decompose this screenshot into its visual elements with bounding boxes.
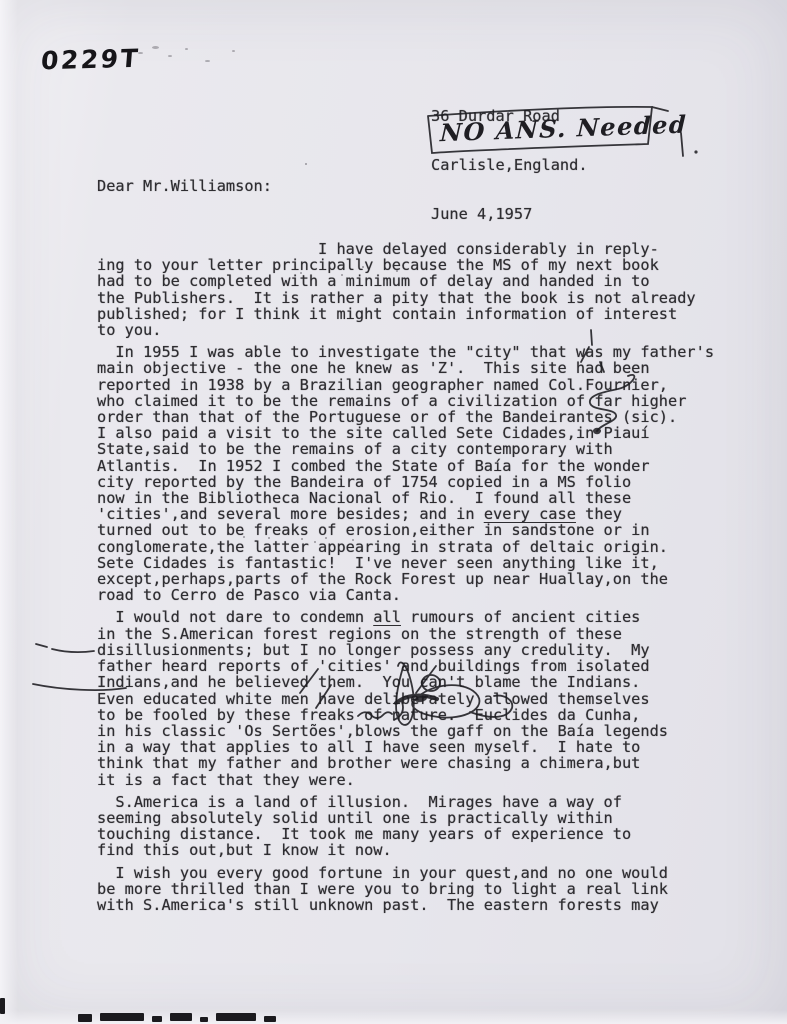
typed-line: ing to your letter principally because t… (97, 257, 714, 273)
typed-line: disillusionments; but I no longer posses… (97, 642, 714, 658)
letter-paragraphs: I have delayed considerably in reply-ing… (97, 241, 714, 913)
scan-artifact (216, 1013, 256, 1021)
scan-code-handwritten: 0229T (40, 44, 141, 76)
scan-edge-left (0, 0, 18, 1024)
typed-line: I also paid a visit to the site called S… (97, 425, 714, 441)
text-segment: rumours of ancient cities (401, 608, 640, 626)
scan-smudge (168, 55, 172, 57)
scan-speck (396, 270, 398, 272)
typed-line: published; for I think it might contain … (97, 306, 714, 322)
scan-artifact (152, 1016, 162, 1022)
typed-line: except,perhaps,parts of the Rock Forest … (97, 571, 714, 587)
scan-artifact (100, 1013, 144, 1021)
typed-line: seeming absolutely solid until one is pr… (97, 810, 714, 826)
typed-line: I would not dare to condemn all rumours … (97, 609, 714, 625)
underlined-text: all (373, 608, 401, 626)
typed-line: had to be completed with a minimum of de… (97, 273, 714, 289)
typed-line: in his classic 'Os Sertões',blows the ga… (97, 723, 714, 739)
text-segment: I would not dare to condemn (97, 608, 373, 626)
scan-smudge (152, 46, 159, 49)
scan-speck (301, 538, 303, 540)
typed-line: be more thrilled than I were you to brin… (97, 881, 714, 897)
typed-line: now in the Bibliotheca Nacional of Rio. … (97, 490, 714, 506)
scan-speck (268, 537, 270, 539)
scan-artifact (264, 1016, 276, 1022)
scan-speck (314, 541, 316, 543)
typed-line: touching distance. It took me many years… (97, 826, 714, 842)
typed-line: Even educated white men have deliberatel… (97, 691, 714, 707)
scan-speck (362, 266, 364, 268)
typed-line: to you. (97, 322, 714, 338)
typed-line: road to Cerro de Pasco via Canta. (97, 587, 714, 603)
typed-line: turned out to be freaks of erosion,eithe… (97, 522, 714, 538)
paragraph: In 1955 I was able to investigate the "c… (97, 344, 714, 603)
typed-line: 'cities',and several more besides; and i… (97, 506, 714, 522)
pen-margin-dash-1b (36, 644, 47, 647)
paragraph: I wish you every good fortune in your qu… (97, 865, 714, 914)
typed-line: conglomerate,the latter appearing in str… (97, 539, 714, 555)
scan-speck (341, 274, 343, 276)
typed-line: In 1955 I was able to investigate the "c… (97, 344, 714, 360)
scanned-letter-page: 0229T 36 Durdar Road Carlisle,England. J… (0, 0, 787, 1024)
typed-line: Atlantis. In 1952 I combed the State of … (97, 458, 714, 474)
letter-body: Dear Mr.Williamson: I have delayed consi… (97, 146, 714, 946)
typed-line: in a way that applies to all I have seen… (97, 739, 714, 755)
typed-line: in the S.American forest regions on the … (97, 626, 714, 642)
typed-line: I have delayed considerably in reply- (97, 241, 714, 257)
typed-line: who claimed it to be the remains of a ci… (97, 393, 714, 409)
paragraph: I have delayed considerably in reply-ing… (97, 241, 714, 338)
typed-line: State,said to be the remains of a city c… (97, 441, 714, 457)
typed-line: Indians,and he believed them. You can't … (97, 674, 714, 690)
typed-line: I wish you every good fortune in your qu… (97, 865, 714, 881)
typed-line: order than that of the Portuguese or of … (97, 409, 714, 425)
typed-line: reported in 1938 by a Brazilian geograph… (97, 377, 714, 393)
typed-line: find this out,but I know it now. (97, 842, 714, 858)
scan-speck (430, 530, 432, 532)
scan-speck (243, 536, 245, 538)
typed-line: it is a fact that they were. (97, 772, 714, 788)
paragraph: S.America is a land of illusion. Mirages… (97, 794, 714, 859)
typed-line: city reported by the Bandeira of 1754 co… (97, 474, 714, 490)
typed-line: main objective - the one he knew as 'Z'.… (97, 360, 714, 376)
typed-line: to be fooled by these freaks of nature. … (97, 707, 714, 723)
pen-margin-dash-1 (52, 649, 94, 652)
scan-smudge (232, 50, 235, 52)
scan-smudge (185, 48, 188, 50)
scan-artifact (0, 998, 5, 1014)
scan-speck (325, 537, 327, 539)
typed-line: with S.America's still unknown past. The… (97, 897, 714, 913)
salutation: Dear Mr.Williamson: (97, 178, 714, 194)
typed-line: the Publishers. It is rather a pity that… (97, 290, 714, 306)
scan-artifact (200, 1017, 208, 1022)
scan-smudge (205, 60, 210, 62)
scan-artifact (170, 1013, 192, 1021)
scan-smudge (138, 52, 143, 54)
typed-line: father heard reports of 'cities' and bui… (97, 658, 714, 674)
scan-speck (305, 163, 307, 165)
paragraph: I would not dare to condemn all rumours … (97, 609, 714, 787)
scan-speck (330, 262, 332, 264)
typed-line: S.America is a land of illusion. Mirages… (97, 794, 714, 810)
scan-speck (352, 539, 354, 541)
scan-artifact (78, 1014, 92, 1022)
scan-speck (255, 540, 257, 542)
scan-speck (300, 272, 302, 274)
typed-line: Sete Cidades is fantastic! I've never se… (97, 555, 714, 571)
typed-line: think that my father and brother were ch… (97, 755, 714, 771)
